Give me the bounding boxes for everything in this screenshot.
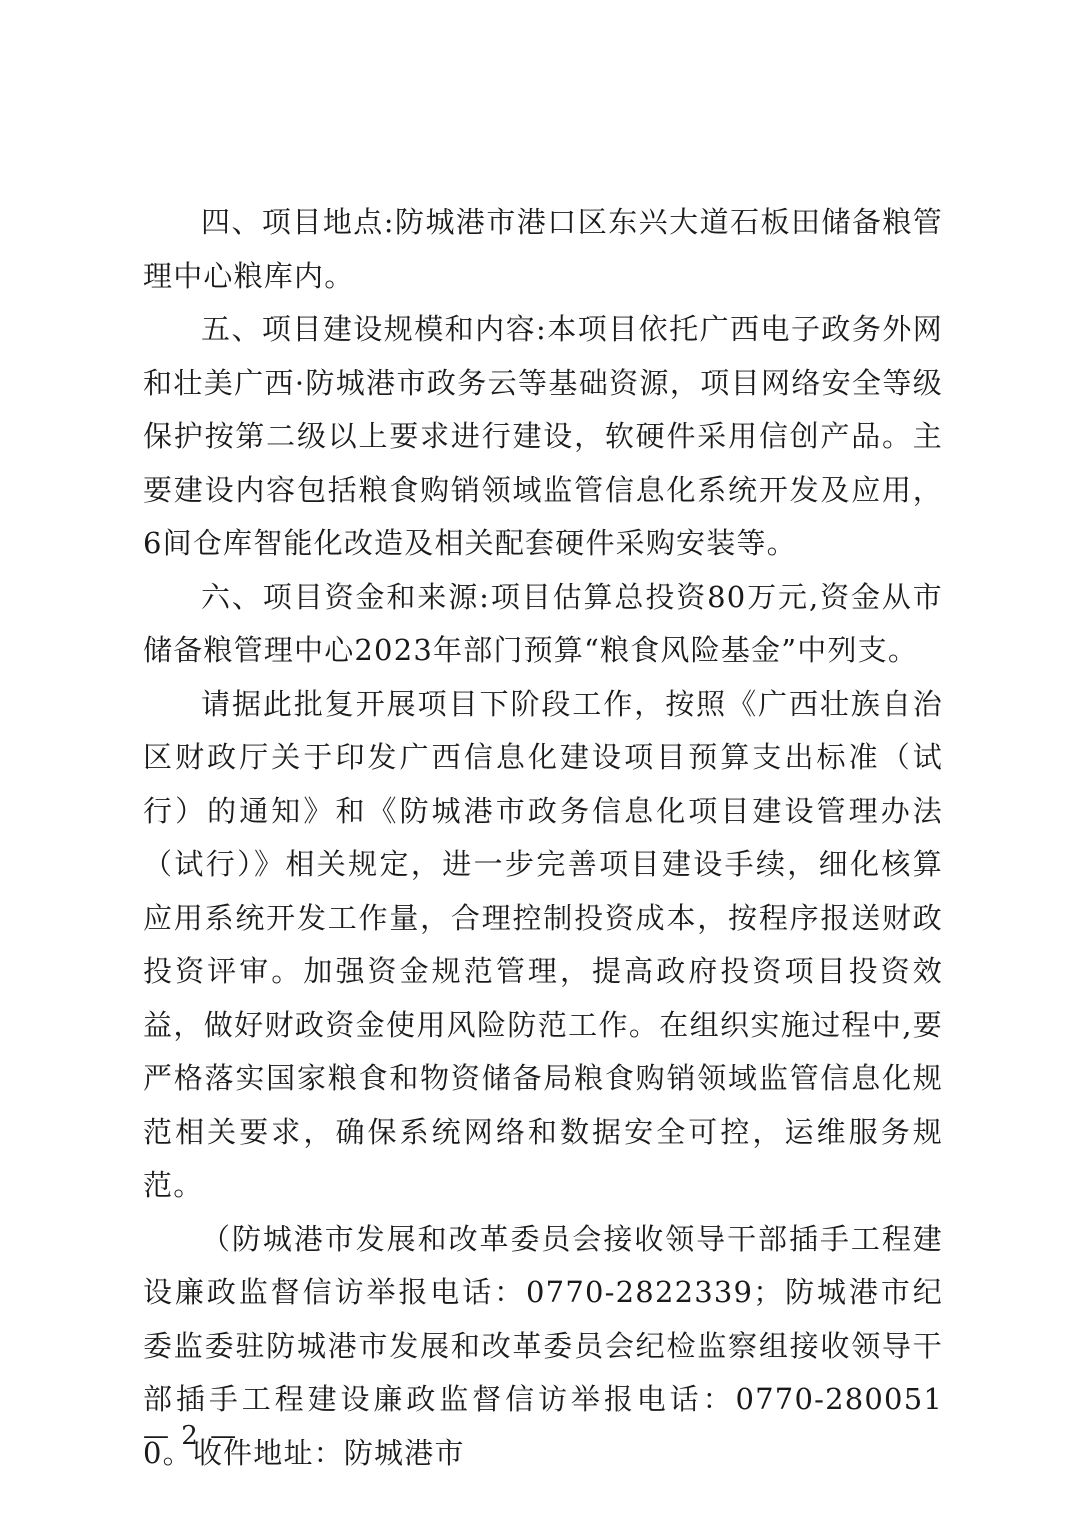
paragraph-project-location: 四、项目地点:防城港市港口区东兴大道石板田储备粮管理中心粮库内。 [143,196,943,303]
paragraph-instructions: 请据此批复开展项目下阶段工作，按照《广西壮族自治区财政厅关于印发广西信息化建设项… [143,678,943,1213]
paragraph-project-scale-content: 五、项目建设规模和内容:本项目依托广西电子政务外网和壮美广西·防城港市政务云等基… [143,303,943,571]
page-number: — 2 — [143,1420,238,1452]
document-page: 四、项目地点:防城港市港口区东兴大道石板田储备粮管理中心粮库内。 五、项目建设规… [0,0,1074,1520]
document-body: 四、项目地点:防城港市港口区东兴大道石板田储备粮管理中心粮库内。 五、项目建设规… [143,196,943,1480]
paragraph-project-funding: 六、项目资金和来源:项目估算总投资80万元,资金从市储备粮管理中心2023年部门… [143,571,943,678]
paragraph-hotline-note: （防城港市发展和改革委员会接收领导干部插手工程建设廉政监督信访举报电话：0770… [143,1213,943,1481]
